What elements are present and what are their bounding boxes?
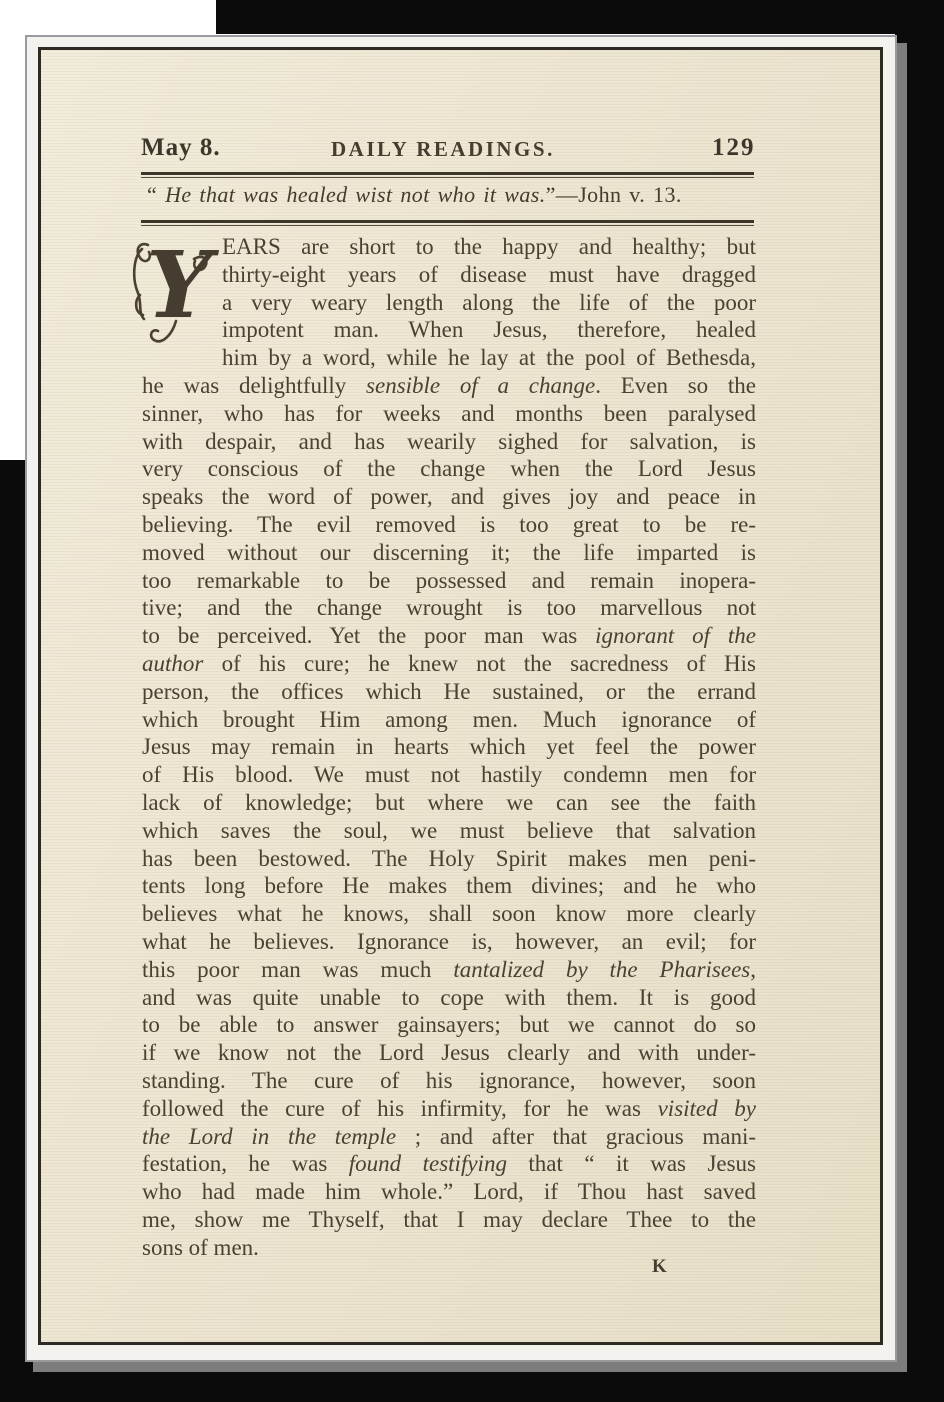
photo-backdrop-right <box>895 0 944 1402</box>
dropcap-letter: Y <box>146 231 220 339</box>
text-line: he was delightfully sensible of a change… <box>142 372 756 400</box>
printers-signature-mark: K <box>652 1256 668 1278</box>
text-line: this poor man was much tantalized by the… <box>142 956 756 984</box>
text-line: lack of knowledge; but where we can see … <box>142 789 756 817</box>
text-line: of His blood. We must not hastily condem… <box>142 761 756 789</box>
ornate-dropcap-initial: Y <box>132 235 214 346</box>
scanned-page-photo: May 8. DAILY READINGS. 129 “ He that was… <box>0 0 944 1402</box>
photo-backdrop-top <box>216 0 944 34</box>
text-line: believes what he knows, shall soon know … <box>142 900 756 928</box>
text-line: person, the offices which He sustained, … <box>142 678 756 706</box>
text-line: to be able to answer gainsayers; but we … <box>142 1011 756 1039</box>
text-line: which brought Him among men. Much ignora… <box>142 706 756 734</box>
header-date: May 8. <box>141 134 221 162</box>
dropcap-flourish-art: Y <box>132 235 214 346</box>
text-line: sinner, who has for weeks and months bee… <box>142 400 756 428</box>
text-line: believing. The evil removed is too great… <box>142 511 756 539</box>
text-line: EARS are short to the happy and healthy;… <box>142 233 756 261</box>
text-line: me, show me Thyself, that I may declare … <box>142 1206 756 1234</box>
text-line: followed the cure of his infirmity, for … <box>142 1095 756 1123</box>
scripture-quote: “ He that was healed wist not who it was… <box>147 182 759 208</box>
text-line: author of his cure; he knew not the sacr… <box>142 650 756 678</box>
double-rule-top <box>141 172 754 178</box>
header-book-title: DAILY READINGS. <box>331 137 555 162</box>
running-head: May 8. DAILY READINGS. 129 <box>41 134 880 164</box>
text-line: tive; and the change wrought is too marv… <box>142 594 756 622</box>
text-line: which saves the soul, we must believe th… <box>142 817 756 845</box>
text-line: and was quite unable to cope with them. … <box>142 984 756 1012</box>
text-line: standing. The cure of his ignorance, how… <box>142 1067 756 1095</box>
text-line: too remarkable to be possessed and remai… <box>142 567 756 595</box>
text-line: speaks the word of power, and gives joy … <box>142 483 756 511</box>
book-page-frame: May 8. DAILY READINGS. 129 “ He that was… <box>25 35 897 1362</box>
text-line: tents long before He makes them divines;… <box>142 872 756 900</box>
text-line: Jesus may remain in hearts which yet fee… <box>142 733 756 761</box>
text-line: impotent man. When Jesus, therefore, hea… <box>142 316 756 344</box>
text-line: thirty-eight years of disease must have … <box>142 261 756 289</box>
text-line: festation, he was found testifying that … <box>142 1150 756 1178</box>
text-line: the Lord in the temple ; and after that … <box>142 1123 756 1151</box>
devotional-text: Y EARS are short to the happy and health… <box>142 233 756 1261</box>
double-rule-bottom <box>141 220 754 226</box>
book-page-paper: May 8. DAILY READINGS. 129 “ He that was… <box>38 47 883 1345</box>
text-line: if we know not the Lord Jesus clearly an… <box>142 1039 756 1067</box>
text-line: what he believes. Ignorance is, however,… <box>142 928 756 956</box>
text-line: with despair, and has wearily sighed for… <box>142 428 756 456</box>
text-line: moved without our discerning it; the lif… <box>142 539 756 567</box>
photo-backdrop-bottom <box>0 1360 944 1402</box>
text-line: him by a word, while he lay at the pool … <box>142 344 756 372</box>
photo-backdrop-left <box>0 460 27 1402</box>
text-line: has been bestowed. The Holy Spirit makes… <box>142 845 756 873</box>
text-line: to be perceived. Yet the poor man was ig… <box>142 622 756 650</box>
text-line: very conscious of the change when the Lo… <box>142 455 756 483</box>
text-line: who had made him whole.” Lord, if Thou h… <box>142 1178 756 1206</box>
header-page-number: 129 <box>712 134 756 162</box>
text-line: a very weary length along the life of th… <box>142 289 756 317</box>
